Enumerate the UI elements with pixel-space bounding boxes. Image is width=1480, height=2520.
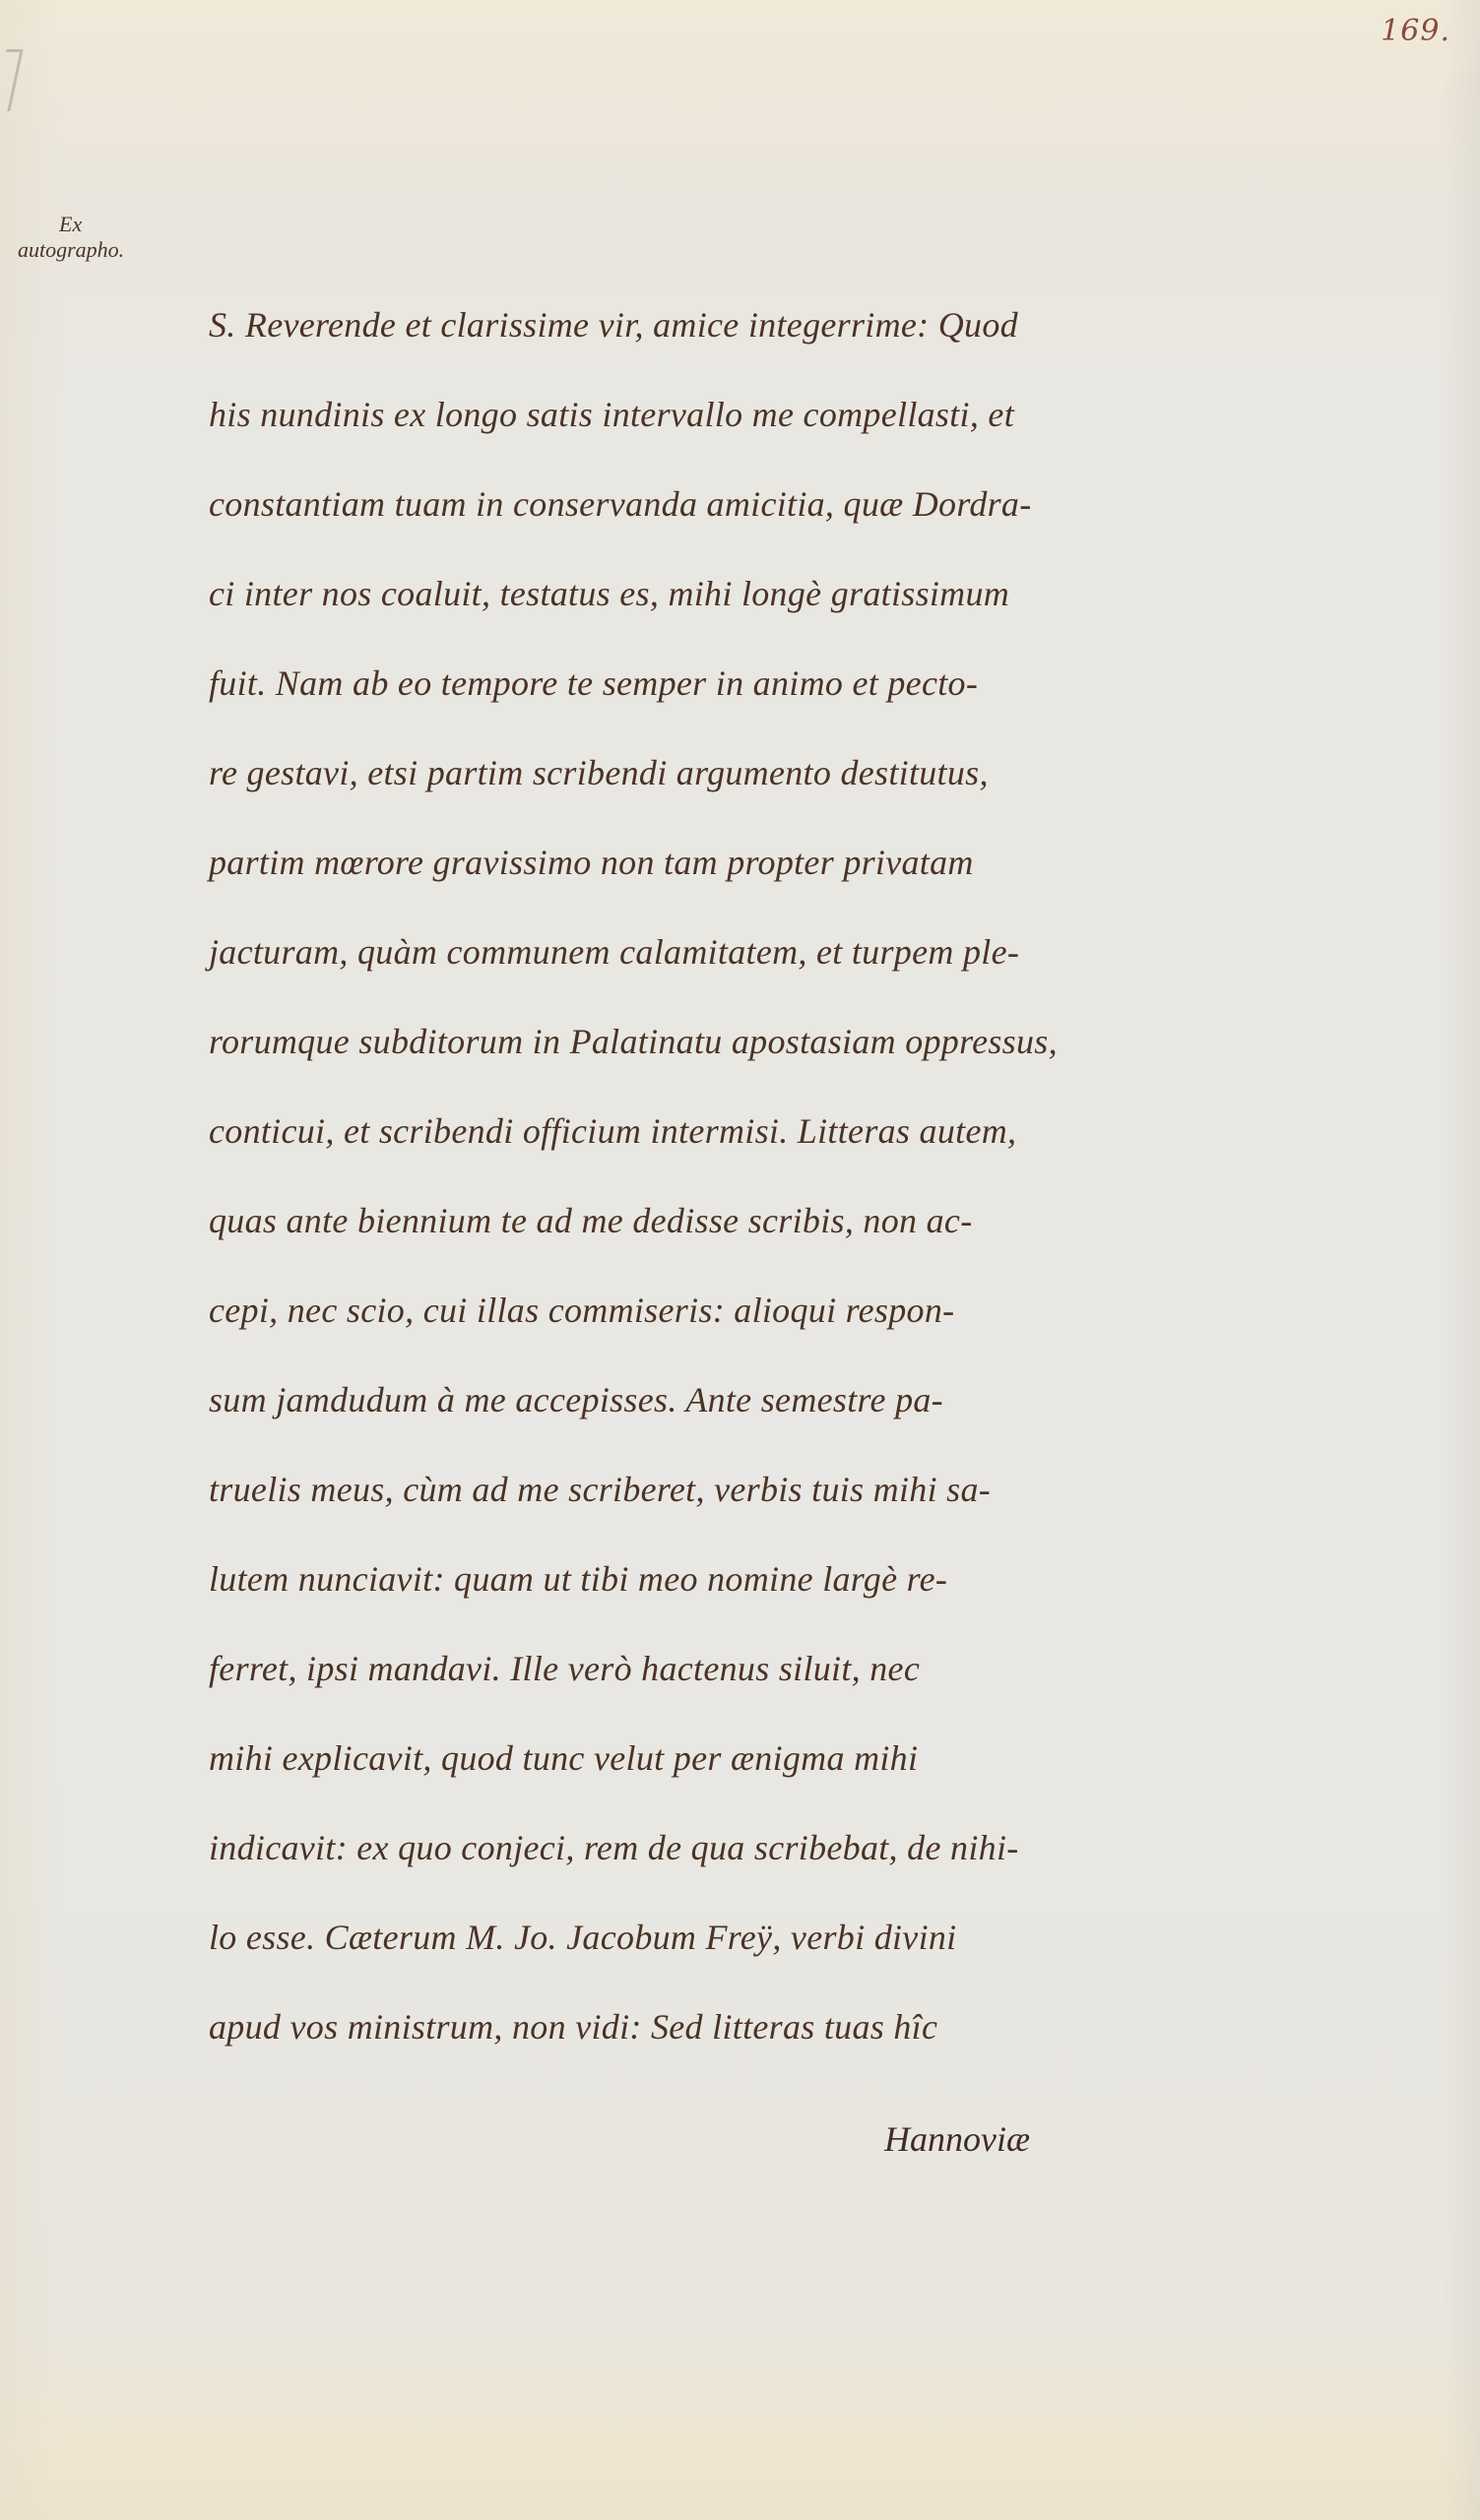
letter-line: rorumque subditorum in Palatinatu aposta… (209, 1012, 1115, 1102)
letter-line: ci inter nos coaluit, testatus es, mihi … (209, 564, 1115, 654)
margin-note: Ex autographo. (18, 212, 124, 263)
letter-line: cepi, nec scio, cui illas commiseris: al… (209, 1281, 1115, 1370)
letter-line: jacturam, quàm communem calamitatem, et … (209, 922, 1115, 1012)
folio-number: 169. (1381, 14, 1450, 48)
letter-body: S. Reverende et clarissime vir, amice in… (209, 295, 1115, 2087)
letter-line: ferret, ipsi mandavi. Ille verò hactenus… (209, 1639, 1115, 1729)
letter-line: constantiam tuam in conservanda amicitia… (209, 474, 1115, 564)
letter-line: lo esse. Cæterum M. Jo. Jacobum Freÿ, ve… (209, 1908, 1115, 1997)
letter-line: lutem nunciavit: quam ut tibi meo nomine… (209, 1549, 1115, 1639)
margin-note-line-2: autographo. (18, 237, 124, 262)
manuscript-page: 169. Ex autographo. S. Reverende et clar… (0, 0, 1480, 2520)
margin-bracket-mark (0, 49, 24, 111)
letter-line: his nundinis ex longo satis intervallo m… (209, 385, 1115, 474)
letter-line: conticui, et scribendi officium intermis… (209, 1102, 1115, 1191)
catchword: Hannoviæ (884, 2118, 1030, 2160)
letter-line: re gestavi, etsi partim scribendi argume… (209, 743, 1115, 833)
letter-line: S. Reverende et clarissime vir, amice in… (209, 295, 1115, 385)
letter-line: sum jamdudum à me accepisses. Ante semes… (209, 1370, 1115, 1460)
letter-line: apud vos ministrum, non vidi: Sed litter… (209, 1997, 1115, 2087)
letter-line: fuit. Nam ab eo tempore te semper in ani… (209, 654, 1115, 743)
letter-line: partim mœrore gravissimo non tam propter… (209, 833, 1115, 922)
letter-line: truelis meus, cùm ad me scriberet, verbi… (209, 1460, 1115, 1549)
margin-note-line-1: Ex (18, 212, 124, 237)
letter-line: indicavit: ex quo conjeci, rem de qua sc… (209, 1818, 1115, 1908)
letter-line: mihi explicavit, quod tunc velut per æni… (209, 1729, 1115, 1818)
letter-line: quas ante biennium te ad me dedisse scri… (209, 1191, 1115, 1281)
